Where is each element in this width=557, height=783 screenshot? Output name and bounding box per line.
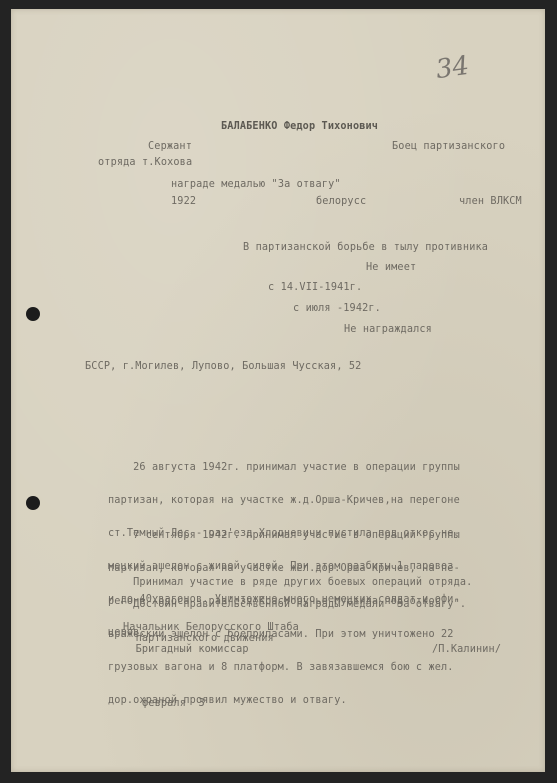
wounds-value: Не имеет — [366, 262, 416, 273]
rank: Сержант — [148, 141, 192, 152]
partisan-since: с июля -1942г. — [293, 303, 381, 314]
wounds-label: В партизанской борьбе в тылу противника — [243, 242, 488, 253]
text-line: партизан, которая на участке ж.д.Орша-Кр… — [108, 495, 460, 506]
signatory-name: /П.Калинин/ — [432, 644, 501, 655]
punch-hole — [26, 307, 40, 321]
text-line: партизан, которая на участке жел.дор.Орш… — [108, 563, 460, 574]
full-name: БАЛАБЕНКО Федор Тихонович — [221, 121, 378, 132]
paragraph-2: 7 сентября 1942г. принимал участие в опе… — [108, 508, 460, 728]
position-line1: Боец партизанского — [392, 141, 505, 152]
text-line: 7 сентября 1942г. принимал участие в опе… — [108, 530, 460, 541]
signature-title-3: Бригадный комиссар — [123, 644, 249, 655]
signature-title-1: Начальник Белорусского Штаба — [123, 622, 299, 633]
text-line: грузовых вагона и 8 платформ. В завязавш… — [108, 662, 460, 673]
handwritten-page-number: 34 — [434, 51, 471, 85]
home-address: БССР, г.Могилев, Лупово, Большая Чусская… — [85, 361, 361, 372]
service-since: с 14.VII-1941г. — [268, 282, 362, 293]
party-membership: член ВЛКСМ — [459, 196, 522, 207]
position-line2: отряда т.Кохова — [98, 157, 192, 168]
nationality: белорусс — [316, 196, 366, 207]
document-date: февраля 3 — [142, 698, 205, 709]
signature-title-2: партизанского движения — [123, 633, 274, 644]
award-line: награде медалью "За отвагу" — [171, 179, 341, 190]
document-page: 34 БАЛАБЕНКО Федор Тихонович Сержант Бое… — [11, 9, 545, 772]
paragraph-3: Принимал участие в ряде других боевых оп… — [108, 577, 472, 588]
paragraph-4: Достоин правительственной награды медали… — [108, 599, 466, 610]
text-line: 26 августа 1942г. принимал участие в опе… — [108, 462, 460, 473]
birth-year: 1922 — [171, 196, 196, 207]
previous-awards: Не награждался — [344, 324, 432, 335]
punch-hole — [26, 496, 40, 510]
